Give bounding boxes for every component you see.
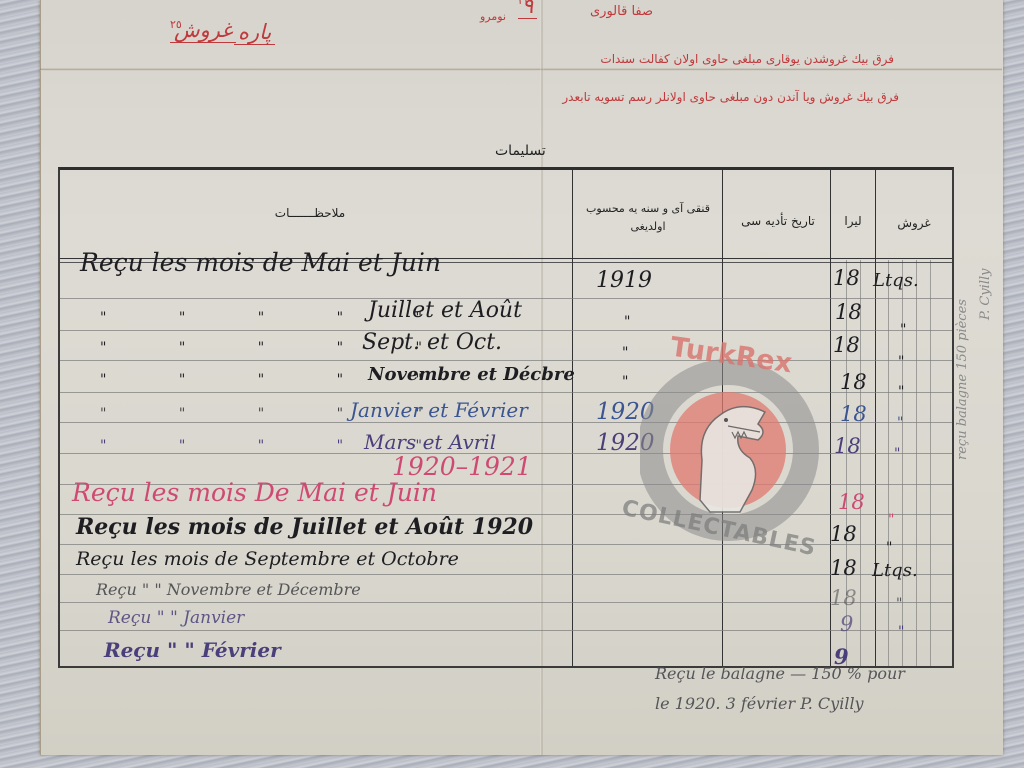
- row-9-kurus: Ltqs.: [872, 560, 918, 581]
- section-heading-1920-1921: 1920–1921: [392, 452, 532, 481]
- row-1-lira: 18: [833, 266, 860, 290]
- row-5-months: Janvier et Février: [350, 398, 528, 422]
- row-11-note: Reçu " " Janvier: [108, 608, 244, 628]
- row-4-lira: 18: [840, 370, 867, 394]
- row-4-months: Novembre et Décbre: [368, 364, 575, 385]
- column-header-payment-date: تاريخ تأديه سی: [728, 214, 828, 228]
- row-3-kurus: ": [898, 354, 904, 370]
- fold-crease-horizontal: [40, 68, 1002, 71]
- column-header-notes: ملاحظـــــــات: [210, 206, 410, 220]
- row-10-kurus: ": [896, 596, 902, 612]
- row-5-lira: 18: [840, 402, 867, 426]
- row-12-note: Reçu " " Février: [104, 638, 281, 662]
- footer-note-line-1: Reçu le balagne — 150 % pour: [655, 664, 905, 683]
- row-9-note: Reçu les mois de Septembre et Octobre: [76, 548, 459, 570]
- row-10-lira: 18: [830, 586, 857, 610]
- row-11-kurus: ": [898, 624, 904, 640]
- row-4-kurus: ": [898, 384, 904, 400]
- row-10-note: Reçu " " Novembre et Décembre: [96, 580, 361, 599]
- column-header-period: قنقی آی و سنه يه محسوب اولديغی: [578, 200, 718, 236]
- header-number-fraction: ٩ ٢٢: [518, 0, 530, 7]
- row-1-year: 1919: [596, 268, 652, 293]
- column-divider: [572, 170, 573, 666]
- kurus-fee-fraction: غروش ٢٥: [170, 18, 182, 31]
- row-1-kurus: Ltqs.: [873, 270, 919, 291]
- row-11-lira: 9: [840, 612, 853, 636]
- row-2-months: Juillet et Août: [368, 298, 522, 323]
- column-divider: [722, 170, 723, 666]
- section-title: تسليمات: [495, 143, 546, 159]
- row-7-note: Reçu les mois De Mai et Juin: [72, 478, 437, 507]
- row-3-months: Sept. et Oct.: [362, 330, 502, 355]
- row-3-lira: 18: [833, 333, 860, 357]
- header-line-1: فرق بيك غروشدن يوقاری مبلغی حاوی اولان ك…: [600, 52, 894, 66]
- row-1-note: Reçu les mois de Mai et Juin: [80, 248, 441, 277]
- footer-note-line-2: le 1920. 3 février P. Cyilly: [655, 694, 864, 713]
- row-6-kurus: ": [894, 446, 900, 462]
- row-5-kurus: ": [897, 415, 903, 431]
- row-8-lira: 18: [830, 522, 857, 546]
- column-header-kurus: غروش: [880, 216, 948, 230]
- header-line-2: فرق بيك غروش ويا آندن دون مبلغی حاوی اول…: [562, 90, 899, 104]
- row-3-year: ": [622, 345, 628, 361]
- row-6-lira: 18: [834, 434, 861, 458]
- row-7-kurus: ": [888, 512, 894, 528]
- row-2-kurus: ": [900, 322, 906, 338]
- row-9-lira: 18: [830, 556, 857, 580]
- header-title-label: صفا قالوری: [590, 4, 653, 19]
- row-8-kurus: ": [886, 540, 892, 556]
- side-note-line-2: P. Cyilly: [978, 269, 993, 321]
- row-5-year: 1920: [596, 399, 655, 425]
- row-2-year: ": [624, 314, 630, 330]
- side-note-line-1: reçu balagne 150 pièces: [955, 299, 970, 460]
- row-4-year: ": [622, 374, 628, 390]
- column-header-lira: ليرا: [832, 214, 874, 228]
- row-8-note: Reçu les mois de Juillet et Août 1920: [76, 514, 533, 540]
- row-6-months: Mars et Avril: [364, 430, 496, 454]
- column-divider: [875, 170, 876, 666]
- header-number-label: نومرو: [480, 10, 506, 23]
- row-6-year: 1920: [596, 430, 655, 456]
- row-2-lira: 18: [835, 300, 862, 324]
- row-7-lira: 18: [838, 490, 865, 514]
